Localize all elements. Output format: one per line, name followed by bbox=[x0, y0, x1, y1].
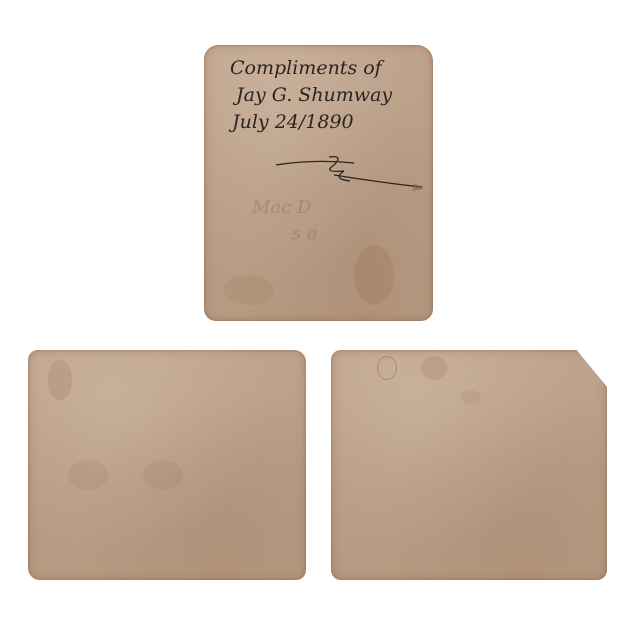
card-bottom-right bbox=[331, 350, 607, 580]
stain bbox=[354, 245, 394, 305]
stain bbox=[143, 460, 183, 490]
stain bbox=[68, 460, 108, 490]
stain bbox=[421, 356, 447, 380]
signature-flourish bbox=[274, 153, 424, 193]
stain bbox=[224, 275, 274, 305]
water-ring bbox=[377, 356, 397, 380]
card-top-inscribed: Compliments of Jay G. Shumway July 24/18… bbox=[204, 45, 433, 321]
stain bbox=[48, 360, 72, 400]
stain bbox=[461, 390, 481, 404]
inscription-line-1: Compliments of bbox=[226, 55, 392, 82]
faint-pencil-notes: Mac D s a bbox=[252, 195, 318, 247]
inscription-line-3: July 24/1890 bbox=[226, 109, 392, 136]
handwritten-inscription: Compliments of Jay G. Shumway July 24/18… bbox=[226, 55, 392, 136]
inscription-line-2: Jay G. Shumway bbox=[226, 82, 392, 109]
card-bottom-left bbox=[28, 350, 306, 580]
